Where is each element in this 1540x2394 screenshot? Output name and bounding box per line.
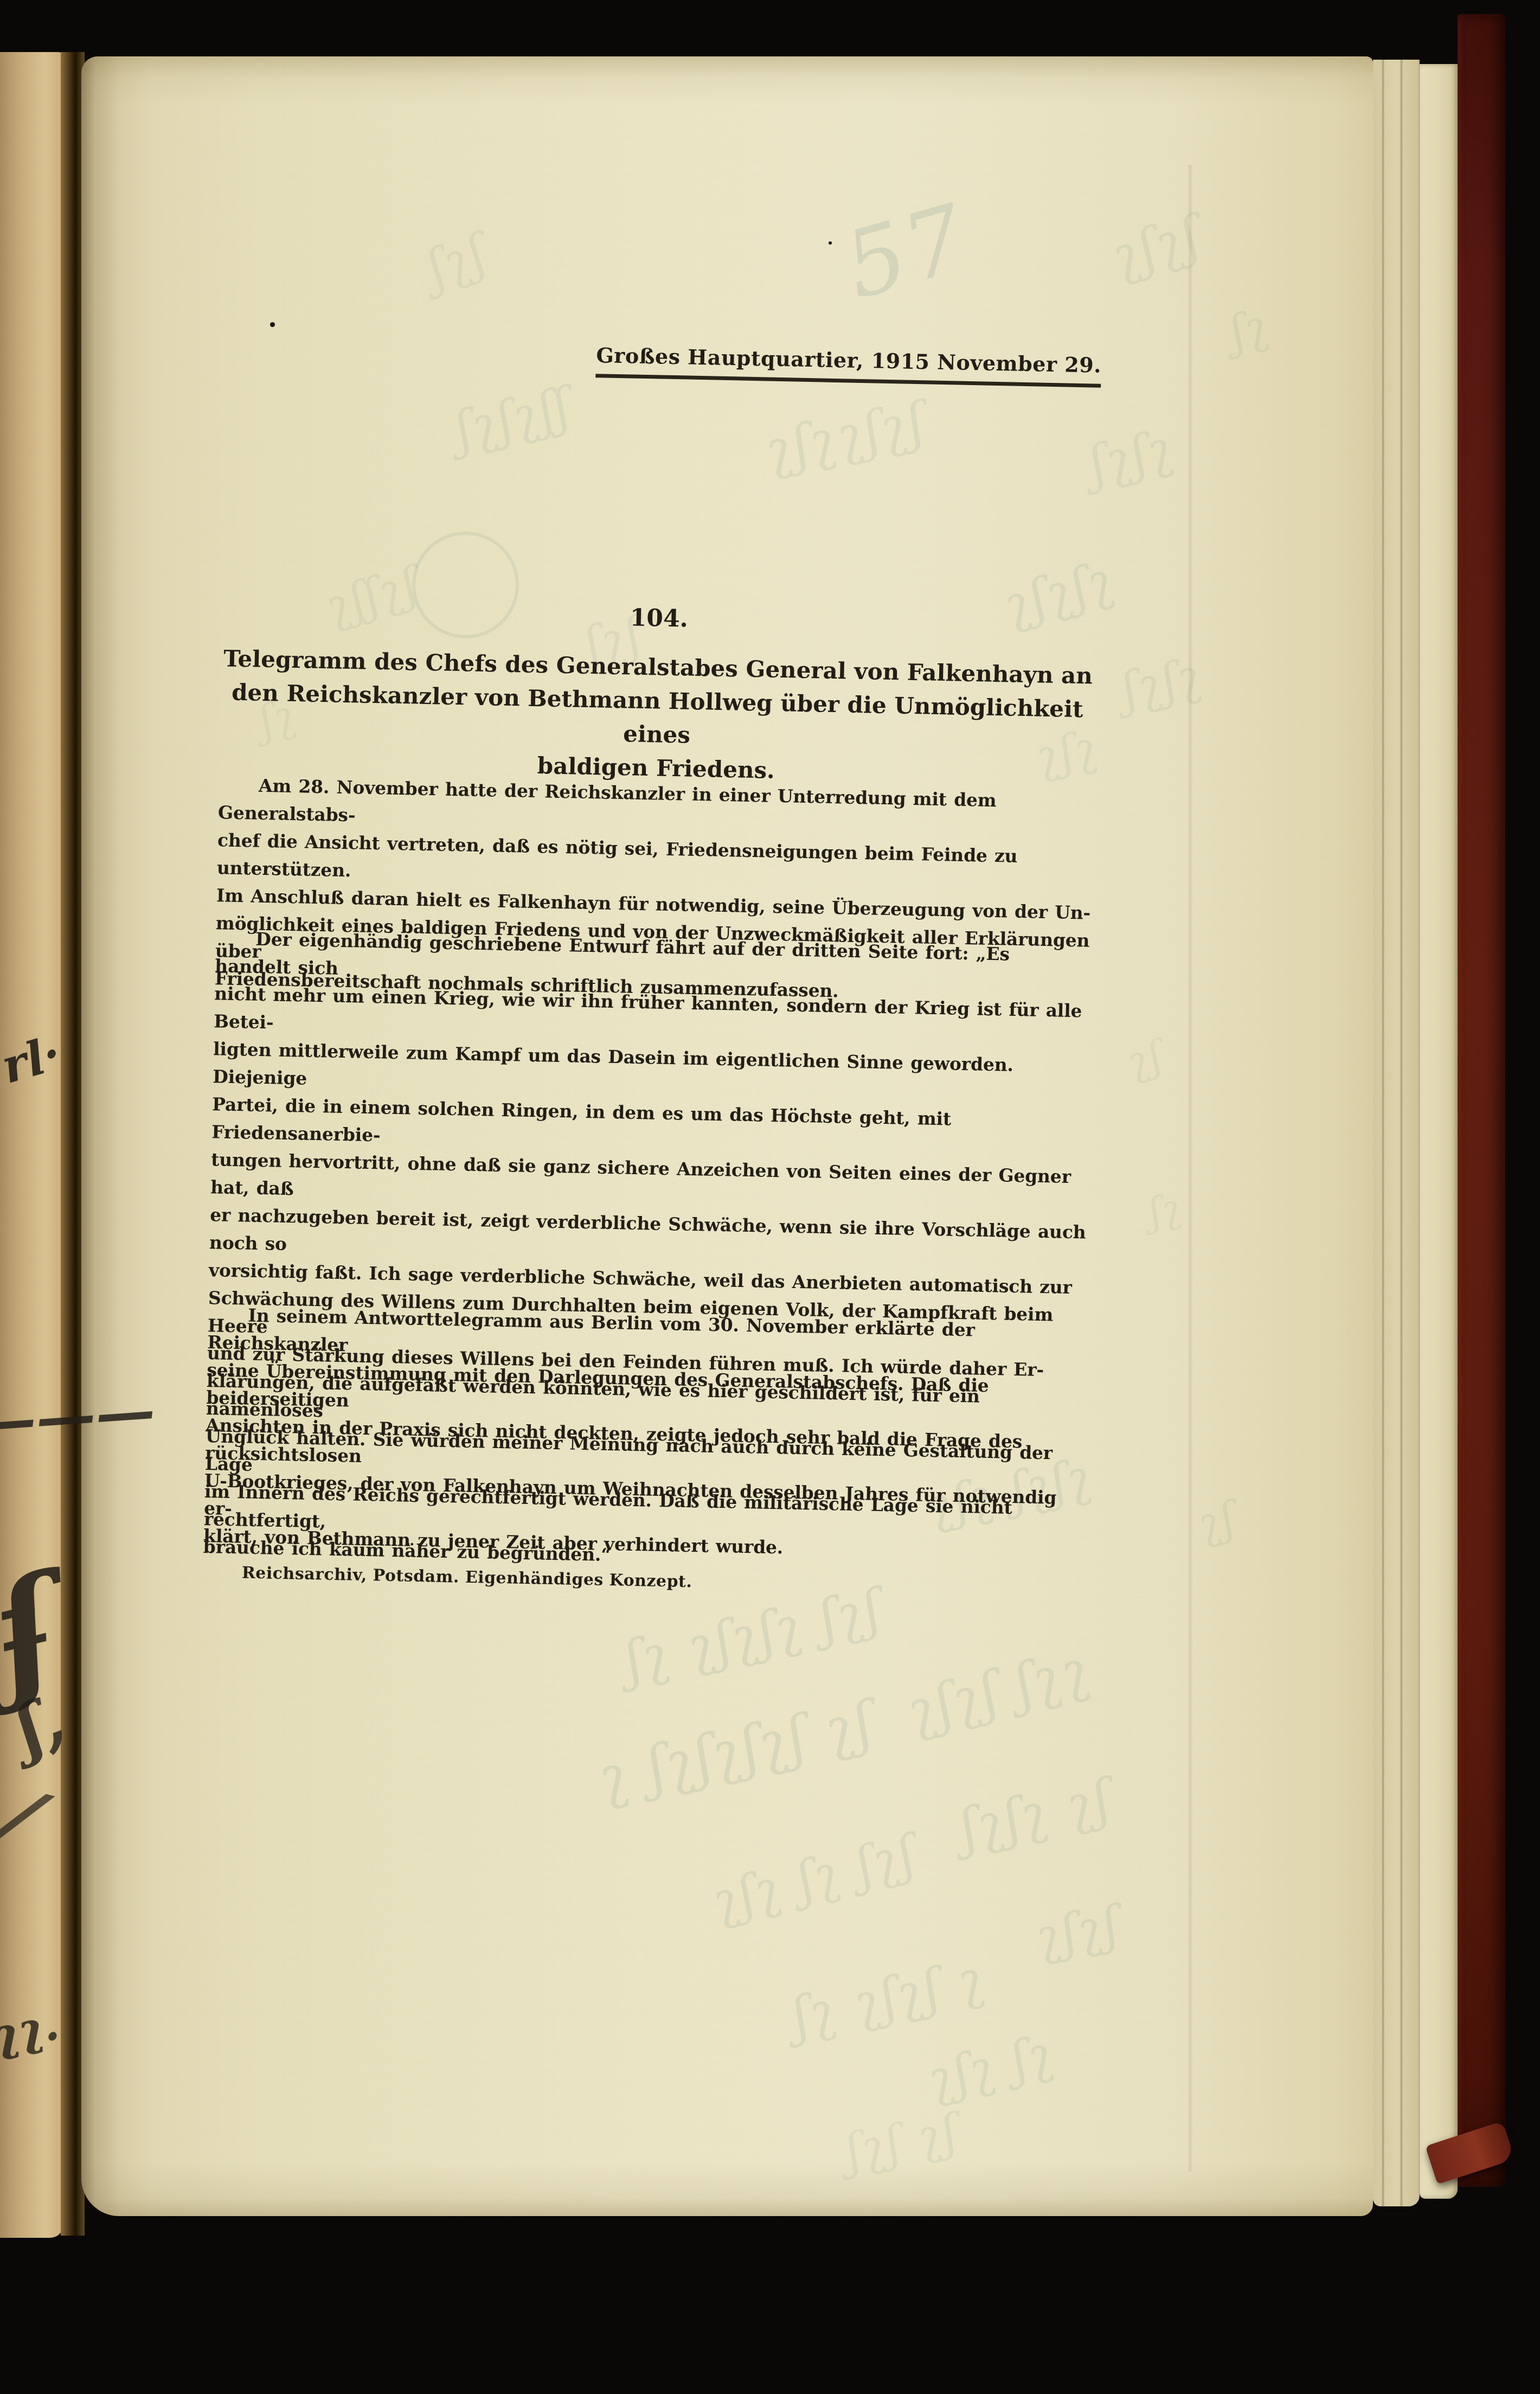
book-cover-edge [1458,14,1505,2187]
book-page: 57ʃʅʃʅʃʅʃʃʅʃʅʃʅʃʃʅʃʅʅʃʅʃʃʅʃʅʅʃʃʅʃʃʅʃʅʃʅʃ… [81,56,1373,2216]
document-number: 104. [222,596,1096,641]
printed-content: Großes Hauptquartier, 1915 November 29. … [81,56,1373,2216]
left-page-edge [0,52,64,2238]
header-date-text: Großes Hauptquartier, 1915 November 29. [596,343,1102,388]
book-scan-background: 57ʃʅʃʅʃʅʃʃʅʃʅʃʅʃʃʅʃʅʅʃʅʃʃʅʃʅʅʃʃʅʃʃʅʃʅʃʅʃ… [0,0,1540,2394]
document-title: Telegramm des Chefs des Generalstabes Ge… [219,642,1095,793]
page-header-date: Großes Hauptquartier, 1915 November 29. [227,335,1101,387]
paragraph-3: In seinem Antworttelegramm aus Berlin vo… [203,1301,1085,1567]
fore-edge-pages [1373,60,1420,2206]
fore-edge-pages-inner [1420,64,1458,2199]
